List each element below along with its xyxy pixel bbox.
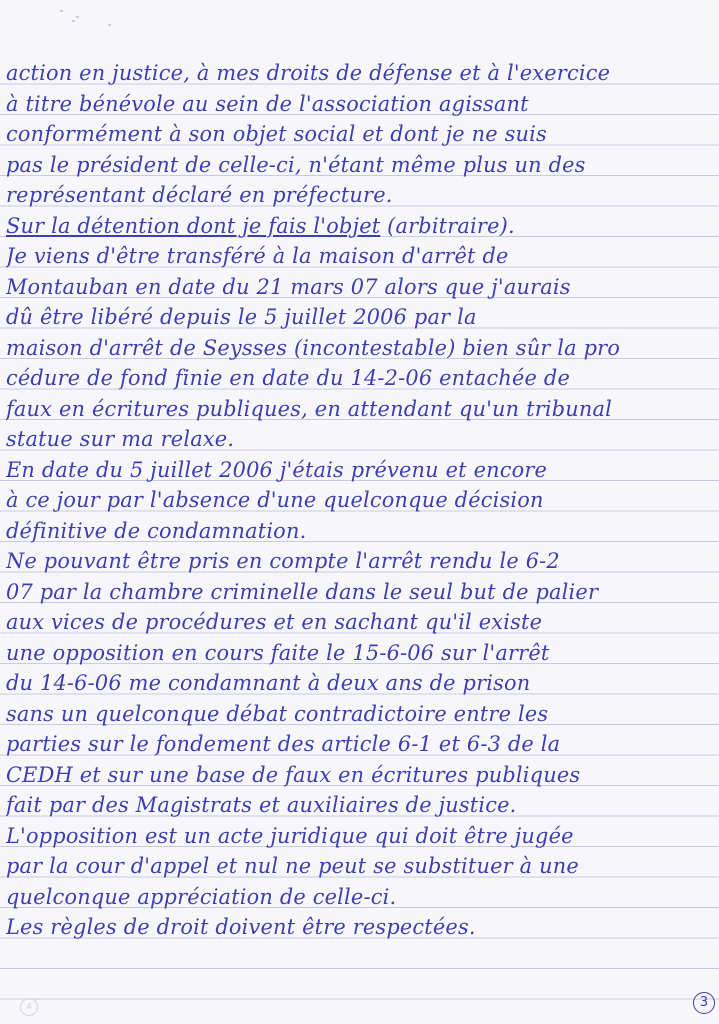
text-line: à ce jour par l'absence d'une quelconque… — [6, 485, 714, 516]
text-line: dû être libéré depuis le 5 juillet 2006 … — [6, 302, 714, 333]
text-line: aux vices de procédures et en sachant qu… — [6, 607, 714, 638]
text-line: conformément à son objet social et dont … — [6, 119, 714, 150]
text-line: statue sur ma relaxe. — [6, 424, 714, 455]
text-line: action en justice, à mes droits de défen… — [6, 58, 714, 89]
text-line: En date du 5 juillet 2006 j'étais préven… — [6, 455, 714, 486]
text-line: une opposition en cours faite le 15-6-06… — [6, 638, 714, 669]
text-line: Je viens d'être transféré à la maison d'… — [6, 241, 714, 272]
text-line: du 14-6-06 me condamnant à deux ans de p… — [6, 668, 714, 699]
text-line: représentant déclaré en préfecture. — [6, 180, 714, 211]
text-line: cédure de fond finie en date du 14-2-06 … — [6, 363, 714, 394]
text-line: pas le président de celle-ci, n'étant mê… — [6, 150, 714, 181]
text-line: fait par des Magistrats et auxiliaires d… — [6, 790, 714, 821]
faint-page-mark: 4 — [20, 998, 38, 1016]
text-line: CEDH et sur une base de faux en écriture… — [6, 760, 714, 791]
text-line: L'opposition est un acte juridique qui d… — [6, 821, 714, 852]
text-line: Montauban en date du 21 mars 07 alors qu… — [6, 272, 714, 303]
text-line: Les règles de droit doivent être respect… — [6, 912, 714, 943]
text-line: faux en écritures publiques, en attendan… — [6, 394, 714, 425]
text-line: quelconque appréciation de celle-ci. — [6, 882, 714, 913]
text-line: sans un quelconque débat contradictoire … — [6, 699, 714, 730]
section-heading-line: Sur la détention dont je fais l'objet (a… — [6, 211, 714, 242]
text-line: maison d'arrêt de Seysses (incontestable… — [6, 333, 714, 364]
ruled-paper-page: action en justice, à mes droits de défen… — [0, 0, 719, 1024]
handwritten-text-body: action en justice, à mes droits de défen… — [6, 58, 719, 943]
text-line: parties sur le fondement des article 6-1… — [6, 729, 714, 760]
text-line: 07 par la chambre criminelle dans le seu… — [6, 577, 714, 608]
text-line: définitive de condamnation. — [6, 516, 714, 547]
text-line: Ne pouvant être pris en compte l'arrêt r… — [6, 546, 714, 577]
text-line: à titre bénévole au sein de l'associatio… — [6, 89, 714, 120]
text-line: par la cour d'appel et nul ne peut se su… — [6, 851, 714, 882]
page-number-circled: 3 — [693, 992, 715, 1014]
